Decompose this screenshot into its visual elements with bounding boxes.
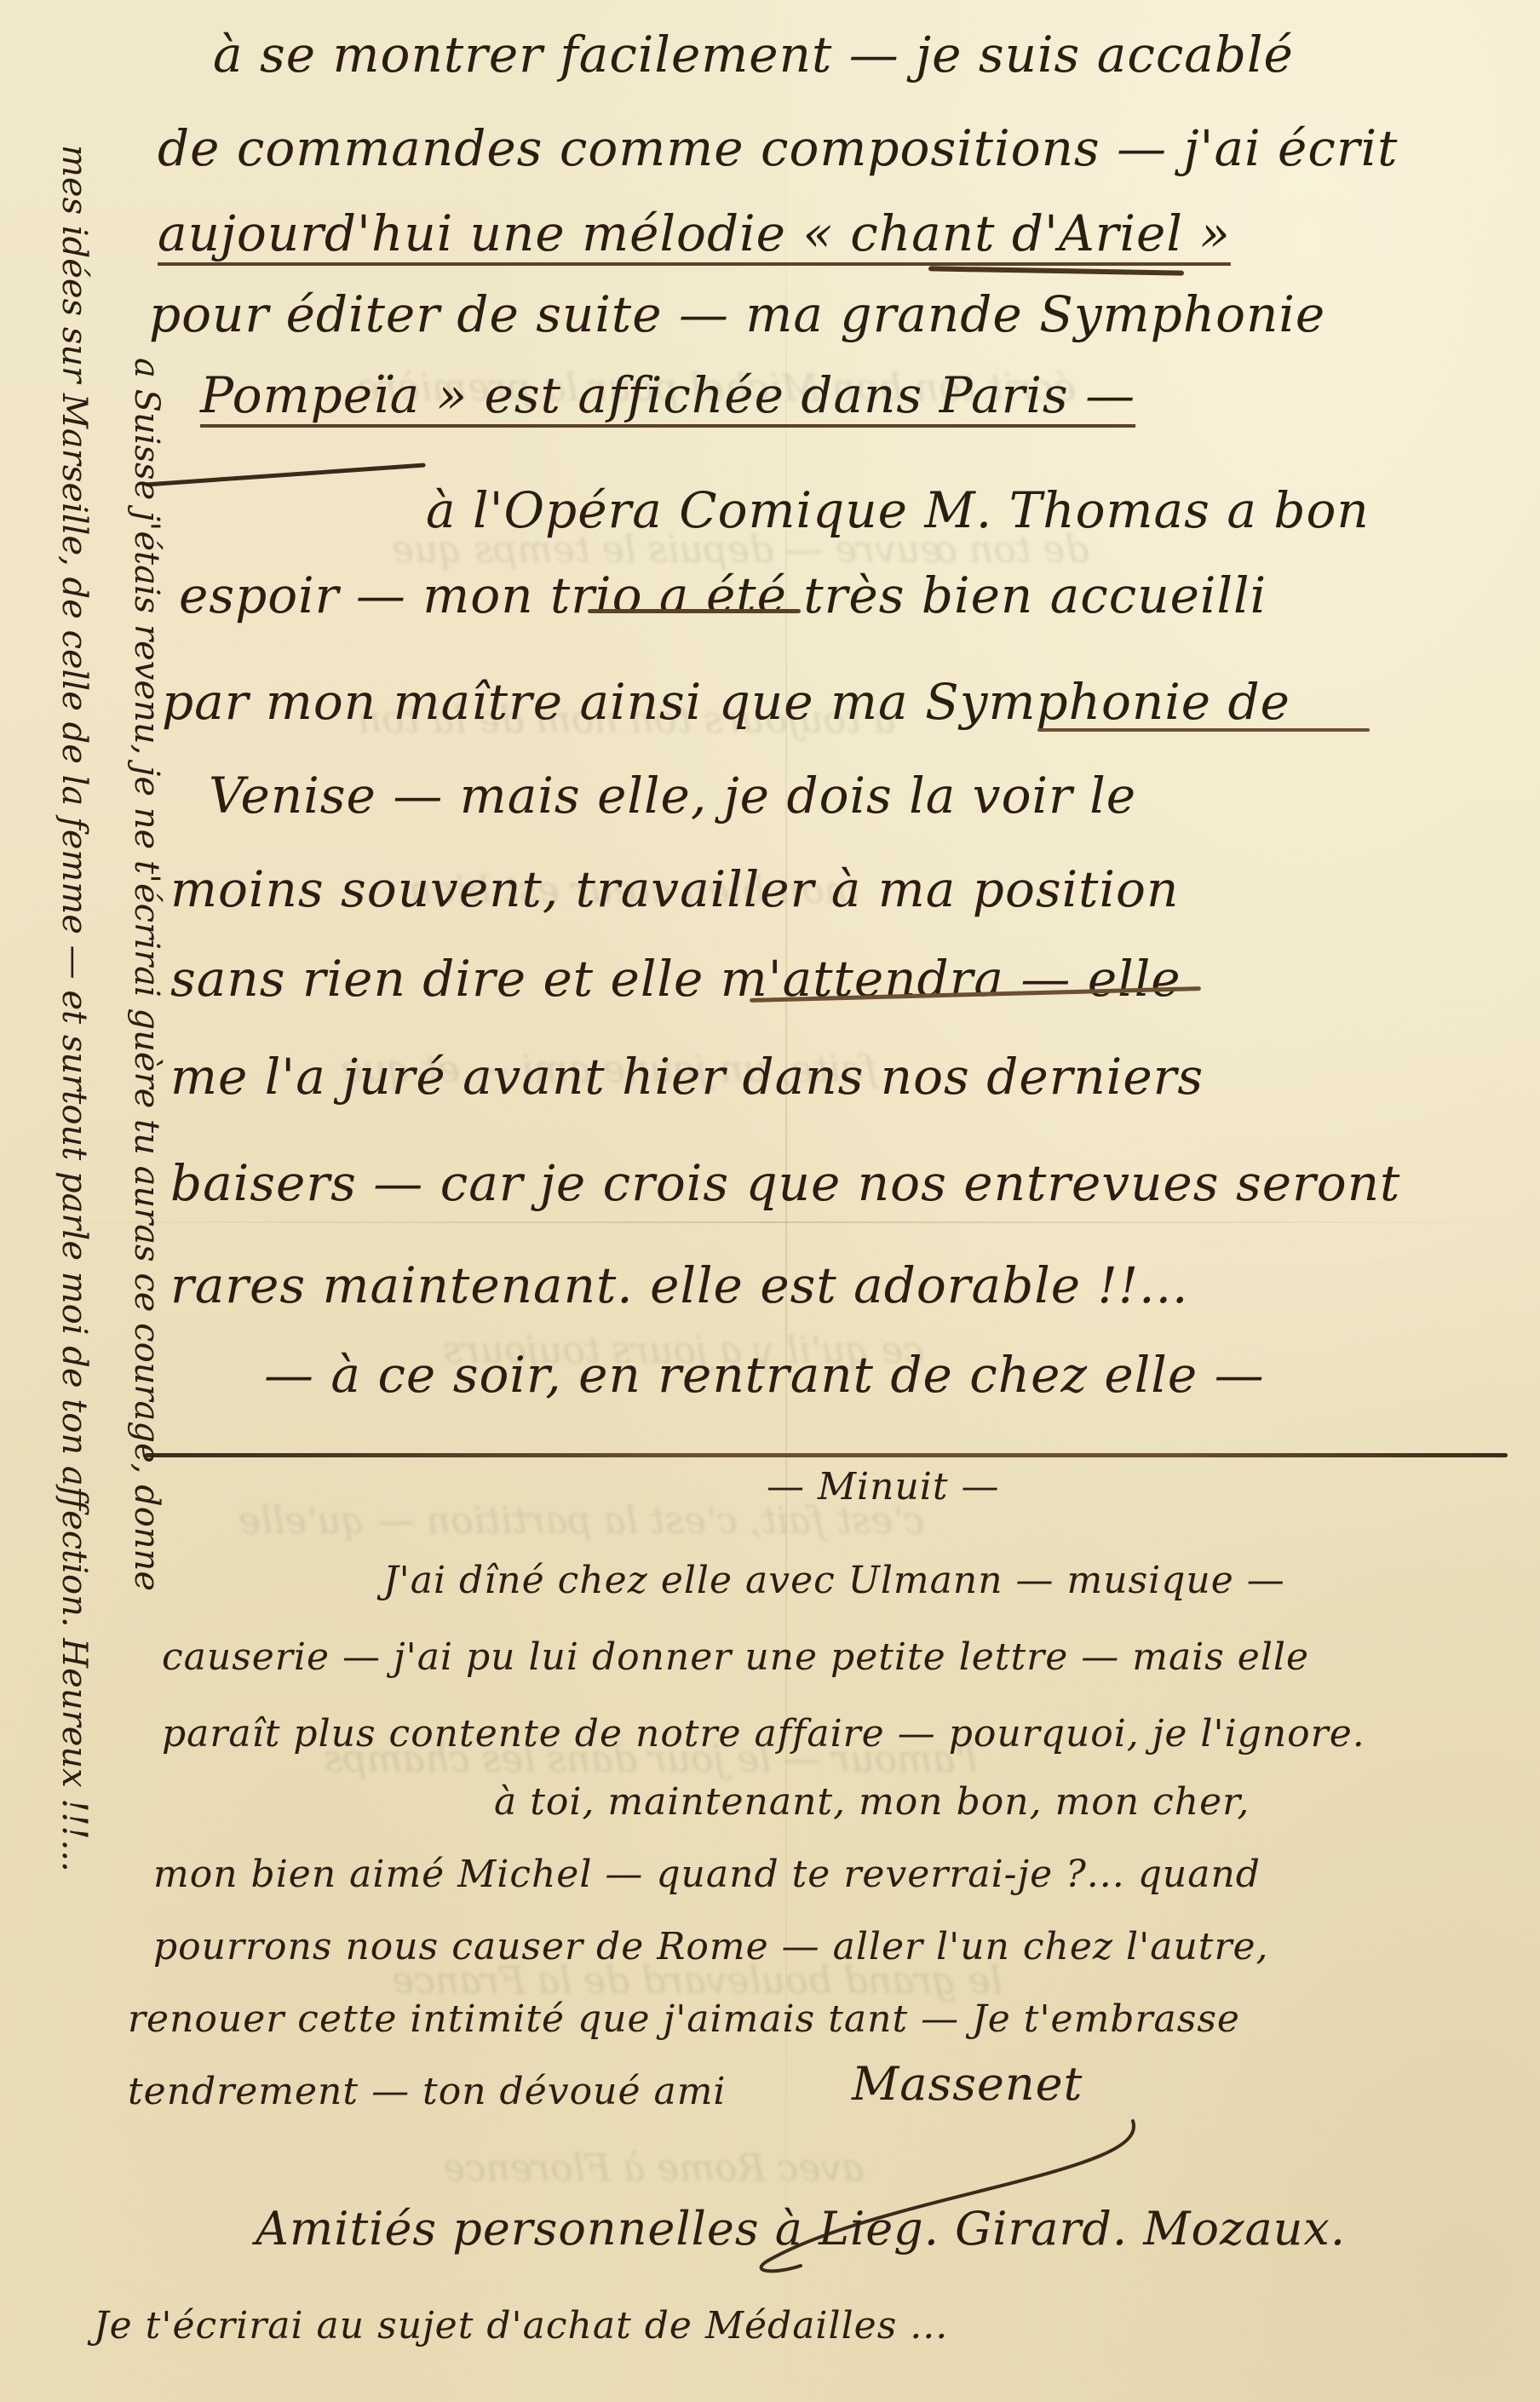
letter-line: espoir — mon trio a été très bien accuei… — [179, 566, 1267, 624]
letter-line: — à ce soir, en rentrant de chez elle — — [264, 1346, 1265, 1404]
letter-line: baisers — car je crois que nos entrevues… — [170, 1154, 1400, 1212]
postscript-line: J'ai dîné chez elle avec Ulmann — musiqu… — [383, 1559, 1285, 1602]
margin-note-inner: a Suisse j'étais revenu, je ne t'écrirai… — [127, 358, 166, 1591]
signature-flourish — [733, 2112, 1141, 2283]
underline-stroke — [145, 463, 426, 486]
paper-fold-horizontal — [0, 1221, 1540, 1223]
letter-line: à l'Opéra Comique M. Thomas a bon — [426, 481, 1370, 539]
signature: Massenet — [852, 2057, 1083, 2111]
letter-line: rares maintenant. elle est adorable !!..… — [170, 1256, 1188, 1314]
letter-line: de commandes comme compositions — j'ai é… — [158, 119, 1398, 177]
letter-line: pour éditer de suite — ma grande Symphon… — [149, 285, 1325, 343]
letter-line: moins souvent, travailler à ma position — [170, 860, 1179, 918]
letter-line: Venise — mais elle, je dois la voir le — [209, 767, 1136, 825]
postscript-line: mon bien aimé Michel — quand te reverrai… — [153, 1853, 1261, 1896]
postscript-line: causerie — j'ai pu lui donner une petite… — [162, 1635, 1309, 1679]
postscript-line: paraît plus contente de notre affaire — … — [162, 1712, 1365, 1756]
letter-line: aujourd'hui une mélodie « chant d'Ariel … — [158, 204, 1231, 262]
margin-note-outer: mes idées sur Marseille, de celle de la … — [55, 145, 94, 1872]
letter-line: à se montrer facilement — je suis accabl… — [213, 26, 1294, 83]
letter-line: Pompeïa » est affichée dans Paris — — [200, 366, 1135, 424]
underline-stroke — [928, 266, 1184, 275]
letter-line: par mon maître ainsi que ma Symphonie de — [162, 673, 1290, 731]
underline-stroke — [1037, 728, 1370, 732]
letter-page: écrit ton bon Michel pour la première de… — [0, 0, 1540, 2402]
letter-line: sans rien dire et elle m'attendra — elle — [170, 950, 1181, 1008]
postscript-heading: — Minuit — — [767, 1465, 1000, 1508]
postscript-line: renouer cette intimité que j'aimais tant… — [128, 1997, 1240, 2041]
postscript-line: tendrement — ton dévoué ami — [128, 2070, 727, 2113]
footer-note: Je t'écrirai au sujet d'achat de Médaill… — [94, 2304, 948, 2347]
postscript-line: pourrons nous causer de Rome — aller l'u… — [153, 1925, 1269, 1968]
letter-line: me l'a juré avant hier dans nos derniers — [170, 1048, 1204, 1106]
postscript-line: à toi, maintenant, mon bon, mon cher, — [494, 1780, 1250, 1824]
underline-stroke — [588, 609, 801, 613]
section-divider-line — [145, 1453, 1508, 1457]
footer-greetings: Amitiés personnelles à Lieg. Girard. Moz… — [256, 2202, 1346, 2255]
